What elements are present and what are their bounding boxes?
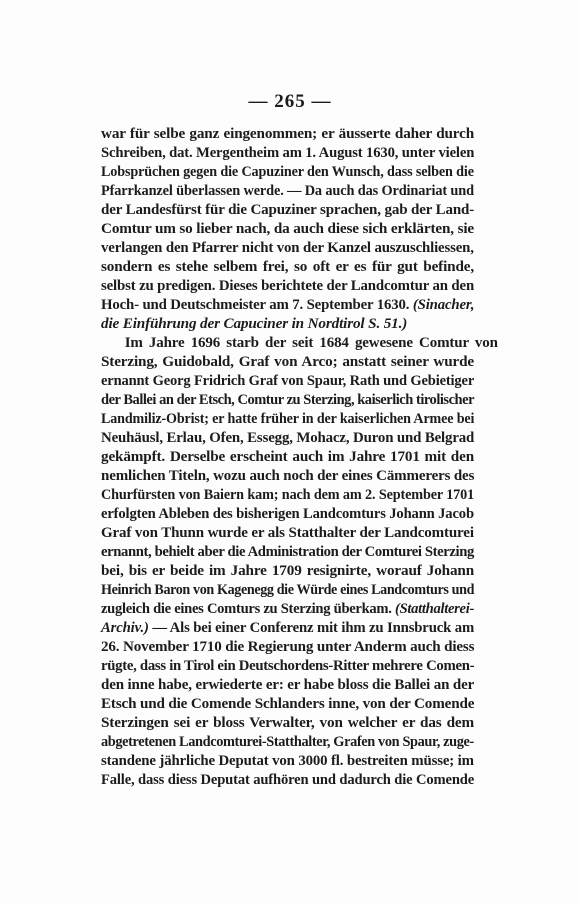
- text-line: sondern es stehe selbem frei, so oft er …: [101, 257, 474, 276]
- text-line: abgetretenen Landcomturei-Statthalter, G…: [101, 732, 474, 751]
- citation: (Sinacher,: [413, 296, 474, 313]
- text-line: zugleich die eines Comturs zu Sterzing ü…: [101, 599, 474, 618]
- citation: (Statthalterei-: [395, 600, 474, 617]
- text-line: Landmiliz-Obrist; er hatte früher in der…: [101, 409, 474, 428]
- text-line: Hoch- und Deutschmeister am 7. September…: [101, 295, 474, 314]
- text-line: Lobsprüchen gegen die Capuziner den Wuns…: [101, 162, 474, 181]
- text-line: Churfürsten von Baiern kam; nach dem am …: [101, 485, 474, 504]
- text-line: Falle, dass diess Deputat aufhören und d…: [101, 770, 474, 789]
- book-page: — 265 — war für selbe ganz eingenommen; …: [0, 0, 580, 905]
- text-line: der Landesfürst für die Capuziner sprach…: [101, 200, 474, 219]
- citation: Archiv.): [101, 619, 149, 636]
- text-line: verlangen den Pfarrer nicht von der Kanz…: [101, 238, 474, 257]
- text-line: Archiv.) — Als bei einer Conferenz mit i…: [101, 618, 474, 637]
- text-line: selbst zu predigen. Dieses berichtete de…: [101, 276, 474, 295]
- text-line: Sterzing, Guidobald, Graf von Arco; anst…: [101, 352, 474, 371]
- text-line: Etsch und die Comende Schlanders inne, v…: [101, 694, 474, 713]
- citation-line: die Einführung der Capuciner in Nordtiro…: [101, 314, 474, 333]
- text-line: ernannt, behielt aber die Administration…: [101, 542, 474, 561]
- text-line: erfolgten Ableben des bisherigen Landcom…: [101, 504, 474, 523]
- text-line: 26. November 1710 die Regierung unter An…: [101, 637, 474, 656]
- text-line: war für selbe ganz eingenommen; er äusse…: [101, 124, 474, 143]
- text-line: bei, bis er beide im Jahre 1709 resignir…: [101, 561, 474, 580]
- body-text: war für selbe ganz eingenommen; er äusse…: [101, 124, 474, 789]
- text-line: nemlichen Titeln, wozu auch noch der ein…: [101, 466, 474, 485]
- text-line: Sterzingen sei er bloss Verwalter, von w…: [101, 713, 474, 732]
- text-line: den inne habe, erwiederte er: er habe bl…: [101, 675, 474, 694]
- text-line: ernannt Georg Fridrich Graf von Spaur, R…: [101, 371, 474, 390]
- text-line: rügte, dass in Tirol ein Deutschordens-R…: [101, 656, 474, 675]
- text-line: standene jährliche Deputat von 3000 fl. …: [101, 751, 474, 770]
- text-line: Graf von Thunn wurde er als Statthalter …: [101, 523, 474, 542]
- text-line: Heinrich Baron von Kagenegg die Würde ei…: [101, 580, 474, 599]
- text-line: Neuhäusl, Erlau, Ofen, Essegg, Mohacz, D…: [101, 428, 474, 447]
- text-line: Pfarrkanzel überlassen werde. — Da auch …: [101, 181, 474, 200]
- text-line: Comtur um so lieber nach, da auch diese …: [101, 219, 474, 238]
- citation: die Einführung der Capuciner in Nordtiro…: [101, 315, 407, 332]
- text-line: gekämpft. Derselbe erscheint auch im Jah…: [101, 447, 474, 466]
- text-line: Schreiben, dat. Mergentheim am 1. August…: [101, 143, 474, 162]
- paragraph-start-line: Im Jahre 1696 starb der seit 1684 gewese…: [101, 333, 498, 352]
- text-line: der Ballei an der Etsch, Comtur zu Sterz…: [101, 390, 474, 409]
- page-number: — 265 —: [0, 91, 580, 113]
